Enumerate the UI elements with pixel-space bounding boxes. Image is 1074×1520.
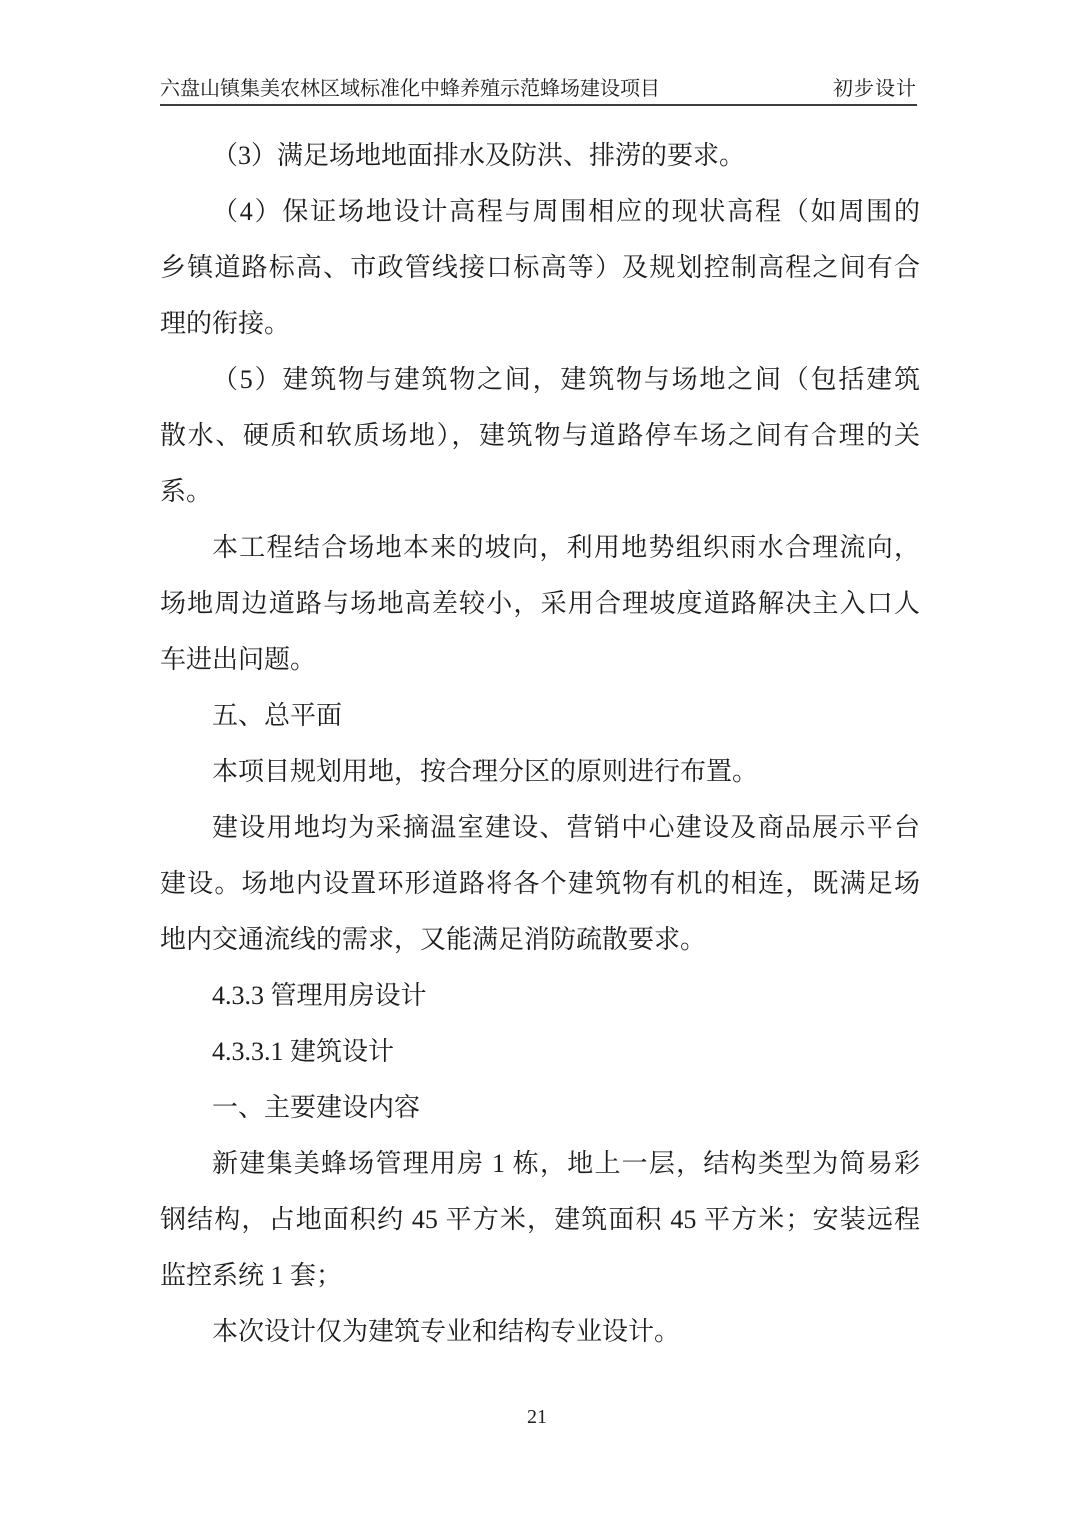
paragraph: 4.3.3 管理用房设计 xyxy=(160,968,920,1024)
text-line: 建设。场地内设置环形道路将各个建筑物有机的相连，既满足场 xyxy=(160,856,920,912)
paragraph: 本工程结合场地本来的坡向，利用地势组织雨水合理流向，场地周边道路与场地高差较小，… xyxy=(160,520,920,688)
document-page: 六盘山镇集美农林区域标准化中蜂养殖示范蜂场建设项目 初步设计 （3）满足场地地面… xyxy=(0,0,1074,1520)
text-line: 乡镇道路标高、市政管线接口标高等）及规划控制高程之间有合 xyxy=(160,240,920,296)
paragraph: 本次设计仅为建筑专业和结构专业设计。 xyxy=(160,1304,920,1360)
text-line: 本工程结合场地本来的坡向，利用地势组织雨水合理流向， xyxy=(160,520,920,576)
text-line: 4.3.3 管理用房设计 xyxy=(160,968,920,1024)
paragraph: 建设用地均为采摘温室建设、营销中心建设及商品展示平台建设。场地内设置环形道路将各… xyxy=(160,800,920,968)
text-line: （3）满足场地地面排水及防洪、排涝的要求。 xyxy=(160,128,920,184)
header-doc-type: 初步设计 xyxy=(833,78,917,100)
text-line: 4.3.3.1 建筑设计 xyxy=(160,1024,920,1080)
text-line: 场地周边道路与场地高差较小，采用合理坡度道路解决主入口人 xyxy=(160,576,920,632)
page-header: 六盘山镇集美农林区域标准化中蜂养殖示范蜂场建设项目 初步设计 xyxy=(160,78,917,106)
text-line: 系。 xyxy=(160,464,920,520)
footer-page-number: 21 xyxy=(527,1406,547,1428)
text-line: 车进出问题。 xyxy=(160,632,920,688)
text-line: 理的衔接。 xyxy=(160,296,920,352)
header-project-title: 六盘山镇集美农林区域标准化中蜂养殖示范蜂场建设项目 xyxy=(160,78,660,100)
text-line: 本次设计仅为建筑专业和结构专业设计。 xyxy=(160,1304,920,1360)
text-line: 散水、硬质和软质场地），建筑物与道路停车场之间有合理的关 xyxy=(160,408,920,464)
paragraph: 4.3.3.1 建筑设计 xyxy=(160,1024,920,1080)
paragraph: 一、主要建设内容 xyxy=(160,1080,920,1136)
text-line: （4）保证场地设计高程与周围相应的现状高程（如周围的 xyxy=(160,184,920,240)
text-line: （5）建筑物与建筑物之间，建筑物与场地之间（包括建筑 xyxy=(160,352,920,408)
paragraph: （3）满足场地地面排水及防洪、排涝的要求。 xyxy=(160,128,920,184)
page-footer: 21 xyxy=(0,1406,1074,1429)
paragraph: （4）保证场地设计高程与周围相应的现状高程（如周围的乡镇道路标高、市政管线接口标… xyxy=(160,184,920,352)
text-line: 钢结构，占地面积约 45 平方米，建筑面积 45 平方米；安装远程 xyxy=(160,1192,920,1248)
text-line: 新建集美蜂场管理用房 1 栋，地上一层，结构类型为简易彩 xyxy=(160,1136,920,1192)
text-line: 地内交通流线的需求，又能满足消防疏散要求。 xyxy=(160,912,920,968)
text-line: 建设用地均为采摘温室建设、营销中心建设及商品展示平台 xyxy=(160,800,920,856)
text-line: 本项目规划用地，按合理分区的原则进行布置。 xyxy=(160,744,920,800)
text-line: 一、主要建设内容 xyxy=(160,1080,920,1136)
text-line: 监控系统 1 套； xyxy=(160,1248,920,1304)
paragraph: 五、总平面 xyxy=(160,688,920,744)
text-line: 五、总平面 xyxy=(160,688,920,744)
paragraph: 本项目规划用地，按合理分区的原则进行布置。 xyxy=(160,744,920,800)
paragraph: 新建集美蜂场管理用房 1 栋，地上一层，结构类型为简易彩钢结构，占地面积约 45… xyxy=(160,1136,920,1304)
paragraph: （5）建筑物与建筑物之间，建筑物与场地之间（包括建筑散水、硬质和软质场地），建筑… xyxy=(160,352,920,520)
document-body: （3）满足场地地面排水及防洪、排涝的要求。（4）保证场地设计高程与周围相应的现状… xyxy=(160,128,920,1360)
